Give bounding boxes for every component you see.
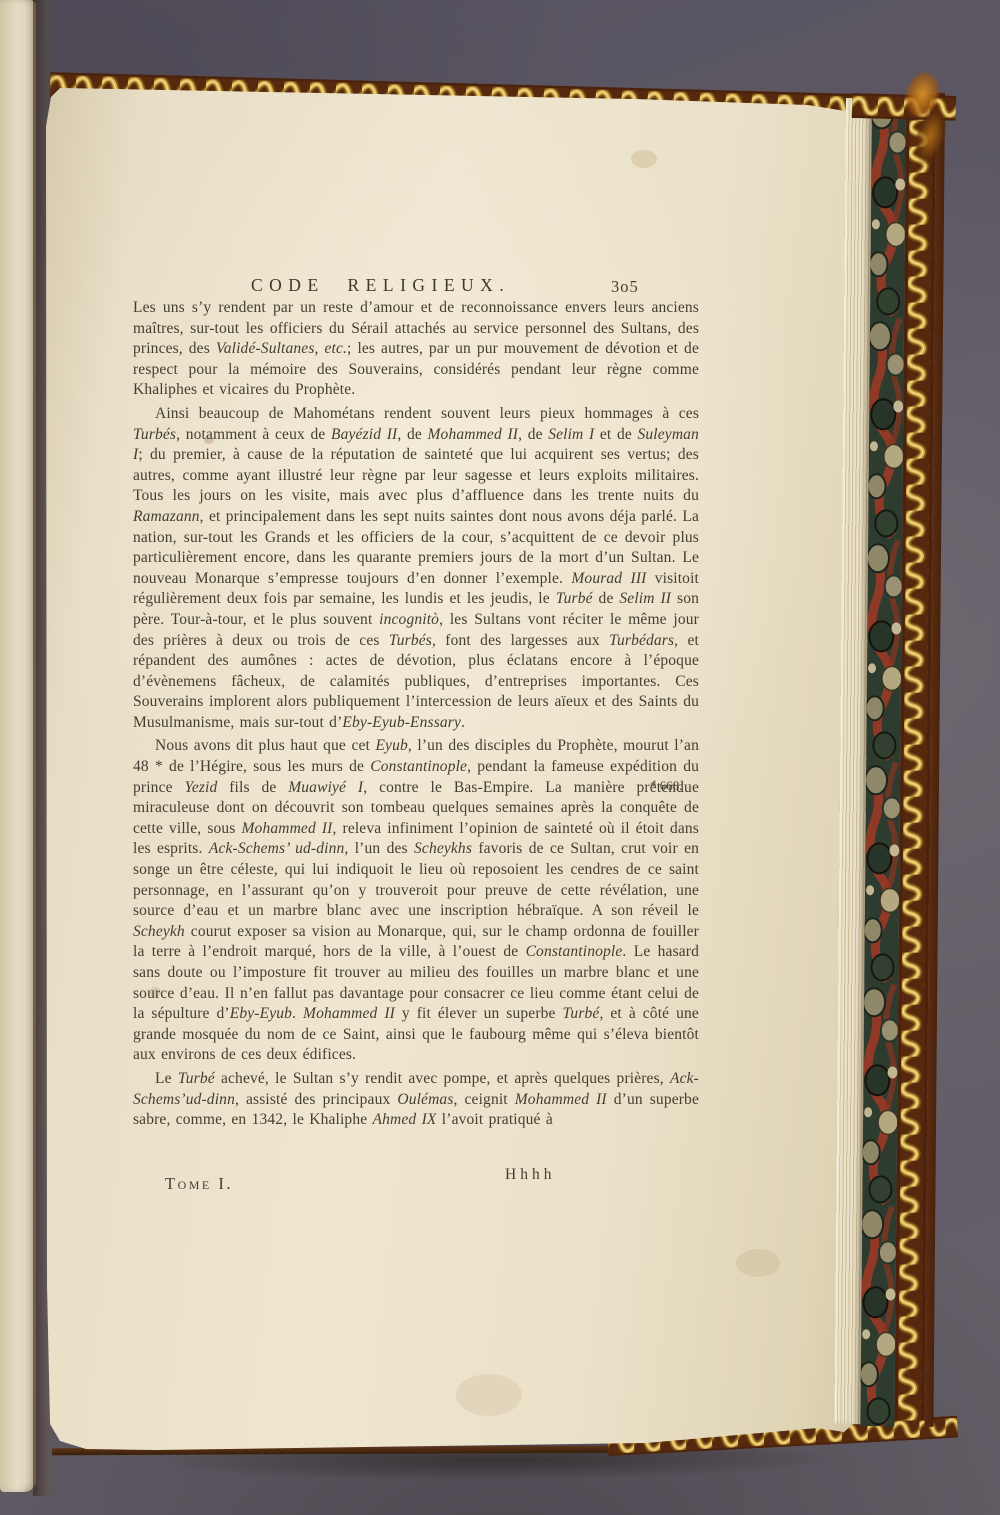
page-title: CODE RELIGIEUX.	[251, 275, 510, 296]
margin-note: * 668.	[650, 778, 720, 794]
fore-edge	[834, 96, 946, 1431]
footer-volume: Tome I.	[165, 1174, 233, 1194]
paragraph: Ainsi beaucoup de Mahométans rendent sou…	[133, 404, 699, 734]
paragraph: Le Turbé achevé, le Sultan s’y rendit av…	[133, 1069, 699, 1131]
footer-catchword: Hhhh	[505, 1166, 555, 1184]
paragraph: Les uns s’y rendent par un reste d’amour…	[133, 298, 699, 401]
foxing-stain	[631, 150, 657, 168]
foxing-stain	[736, 1249, 780, 1277]
text-block: Les uns s’y rendent par un reste d’amour…	[133, 298, 699, 1131]
foxing-stain	[456, 1374, 522, 1416]
paragraph: Nous avons dit plus haut que cet Eyub, l…	[133, 736, 699, 1066]
page-number: 3o5	[611, 277, 639, 297]
book-page: CODE RELIGIEUX. 3o5 Les uns s’y rendent …	[46, 84, 870, 1452]
left-page-edge	[0, 0, 36, 1492]
